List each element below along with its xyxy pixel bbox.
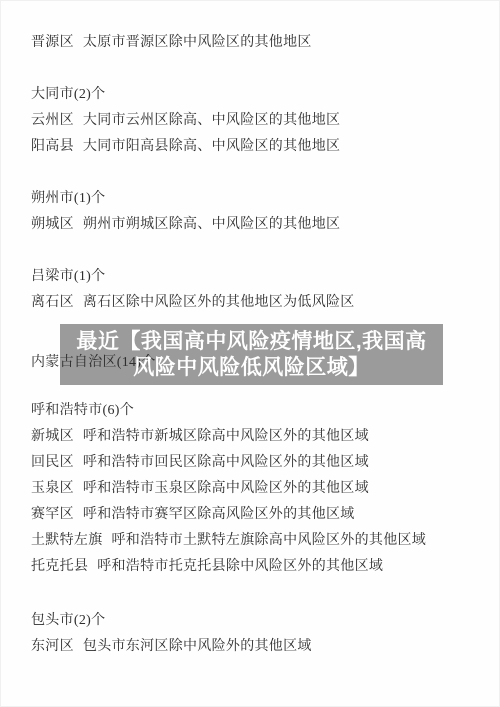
section-header: 包头市(2)个	[31, 608, 469, 634]
city-section: 晋源区太原市晋源区除中风险区的其他地区	[31, 30, 469, 56]
city-section: 包头市(2)个东河区包头市东河区除中风险外的其他区域	[31, 608, 469, 660]
city-section: 吕梁市(1)个离石区离石区除中风险区外的其他地区为低风险区	[31, 264, 469, 316]
district-name: 回民区	[31, 455, 74, 470]
risk-area-row: 土默特左旗呼和浩特市土默特左旗除高中风险区外的其他区域	[31, 528, 469, 554]
area-description: 呼和浩特市赛罕区除高风险区外的其他区域	[83, 507, 355, 522]
district-name: 玉泉区	[31, 481, 74, 496]
area-description: 离石区除中风险区外的其他地区为低风险区	[83, 295, 355, 310]
city-section: 呼和浩特市(6)个新城区呼和浩特市新城区除高中风险区外的其他区域回民区呼和浩特市…	[31, 398, 469, 580]
area-description: 朔州市朔城区除高、中风险区的其他地区	[83, 217, 340, 232]
risk-area-row: 玉泉区呼和浩特市玉泉区除高中风险区外的其他区域	[31, 476, 469, 502]
district-name: 云州区	[31, 113, 74, 128]
district-name: 东河区	[31, 639, 74, 654]
area-description: 呼和浩特市回民区除高中风险区外的其他区域	[83, 455, 369, 470]
area-description: 大同市云州区除高、中风险区的其他地区	[83, 113, 340, 128]
risk-area-row: 回民区呼和浩特市回民区除高中风险区外的其他区域	[31, 450, 469, 476]
risk-area-row: 东河区包头市东河区除中风险外的其他区域	[31, 634, 469, 660]
area-description: 太原市晋源区除中风险区的其他地区	[83, 35, 312, 50]
risk-area-row: 新城区呼和浩特市新城区除高中风险区外的其他区域	[31, 424, 469, 450]
risk-area-row: 云州区大同市云州区除高、中风险区的其他地区	[31, 108, 469, 134]
district-name: 新城区	[31, 429, 74, 444]
risk-area-row: 阳高县大同市阳高县除高、中风险区的其他地区	[31, 134, 469, 160]
city-section: 大同市(2)个云州区大同市云州区除高、中风险区的其他地区阳高县大同市阳高县除高、…	[31, 82, 469, 160]
article-page: 晋源区太原市晋源区除中风险区的其他地区大同市(2)个云州区大同市云州区除高、中风…	[0, 0, 500, 707]
district-name: 阳高县	[31, 139, 74, 154]
section-header: 吕梁市(1)个	[31, 264, 469, 290]
article-title-line-1: 最近【我国高中风险疫情地区,我国高	[60, 329, 443, 355]
district-name: 托克托县	[31, 559, 88, 574]
area-description: 呼和浩特市土默特左旗除高中风险区外的其他区域	[112, 533, 427, 548]
district-name: 晋源区	[31, 35, 74, 50]
risk-area-row: 晋源区太原市晋源区除中风险区的其他地区	[31, 30, 469, 56]
risk-area-row: 朔城区朔州市朔城区除高、中风险区的其他地区	[31, 212, 469, 238]
district-name: 赛罕区	[31, 507, 74, 522]
section-header: 大同市(2)个	[31, 82, 469, 108]
area-description: 包头市东河区除中风险外的其他区域	[83, 639, 312, 654]
city-section: 朔州市(1)个朔城区朔州市朔城区除高、中风险区的其他地区	[31, 186, 469, 238]
area-description: 大同市阳高县除高、中风险区的其他地区	[83, 139, 340, 154]
article-title-line-2: 风险中风险低风险区域】	[60, 355, 443, 381]
risk-area-row: 托克托县呼和浩特市托克托县除中风险区外的其他区域	[31, 554, 469, 580]
district-name: 朔城区	[31, 217, 74, 232]
section-header: 呼和浩特市(6)个	[31, 398, 469, 424]
district-name: 离石区	[31, 295, 74, 310]
area-description: 呼和浩特市玉泉区除高中风险区外的其他区域	[83, 481, 369, 496]
risk-area-row: 赛罕区呼和浩特市赛罕区除高风险区外的其他区域	[31, 502, 469, 528]
risk-area-row: 离石区离石区除中风险区外的其他地区为低风险区	[31, 290, 469, 316]
section-header: 朔州市(1)个	[31, 186, 469, 212]
article-title-overlay: 最近【我国高中风险疫情地区,我国高 风险中风险低风险区域】	[60, 324, 443, 385]
area-description: 呼和浩特市新城区除高中风险区外的其他区域	[83, 429, 369, 444]
district-name: 土默特左旗	[31, 533, 103, 548]
area-description: 呼和浩特市托克托县除中风险区外的其他区域	[97, 559, 383, 574]
